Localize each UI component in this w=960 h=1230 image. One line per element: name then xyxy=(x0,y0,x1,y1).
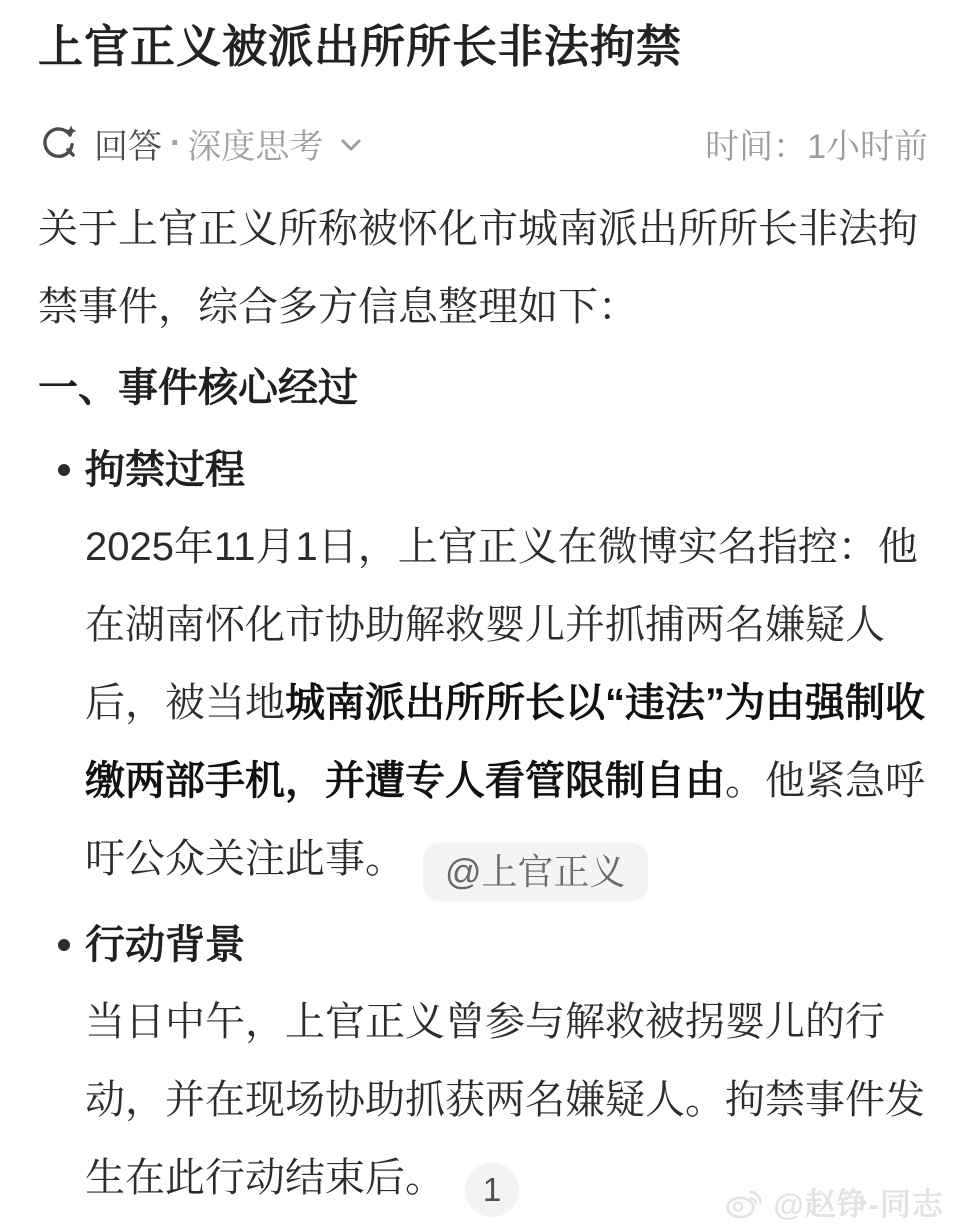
separator-dot: · xyxy=(170,124,181,163)
timestamp: 时间：1小时前 xyxy=(705,119,928,168)
bullet-title-row: 拘禁过程 xyxy=(38,444,928,496)
mention-link[interactable]: @上官正义 xyxy=(423,843,648,901)
ai-answer-icon xyxy=(38,122,80,164)
citation-badge[interactable]: 1 xyxy=(465,1163,519,1217)
watermark-text: @赵铮-同志 xyxy=(773,1179,944,1224)
bullet-title: 行动背景 xyxy=(85,919,245,971)
section-heading: 一、事件核心经过 xyxy=(38,360,928,416)
meta-row: 回答 · 深度思考 时间：1小时前 xyxy=(38,120,928,166)
weibo-icon xyxy=(723,1180,767,1224)
answer-label: 回答 xyxy=(94,119,162,168)
list-item: 拘禁过程 2025年11月1日，上官正义在微博实名指控：他在湖南怀化市协助解救婴… xyxy=(38,444,928,901)
mode-label: 深度思考 xyxy=(187,119,323,168)
bullet-title: 拘禁过程 xyxy=(85,444,245,496)
watermark: @赵铮-同志 xyxy=(723,1179,944,1224)
answer-mode-dropdown[interactable]: 回答 · 深度思考 xyxy=(38,119,365,168)
bullet-list: 拘禁过程 2025年11月1日，上官正义在微博实名指控：他在湖南怀化市协助解救婴… xyxy=(38,444,928,1217)
answer-page: 上官正义被派出所所长非法拘禁 回答 · 深度思考 时间：1小时前 关于上官正义所… xyxy=(0,0,960,1230)
bullet-title-row: 行动背景 xyxy=(38,919,928,971)
list-item: 行动背景 当日中午，上官正义曾参与解救被拐婴儿的行动，并在现场协助抓获两名嫌疑人… xyxy=(38,919,928,1217)
page-title: 上官正义被派出所所长非法拘禁 xyxy=(38,16,928,78)
intro-paragraph: 关于上官正义所称被怀化市城南派出所所长非法拘禁事件，综合多方信息整理如下： xyxy=(38,190,928,346)
bullet-dot xyxy=(58,464,70,476)
chevron-down-icon xyxy=(337,131,365,159)
bullet-paragraph: 2025年11月1日，上官正义在微博实名指控：他在湖南怀化市协助解救婴儿并抓捕两… xyxy=(85,508,928,901)
bullet-dot xyxy=(58,939,70,951)
